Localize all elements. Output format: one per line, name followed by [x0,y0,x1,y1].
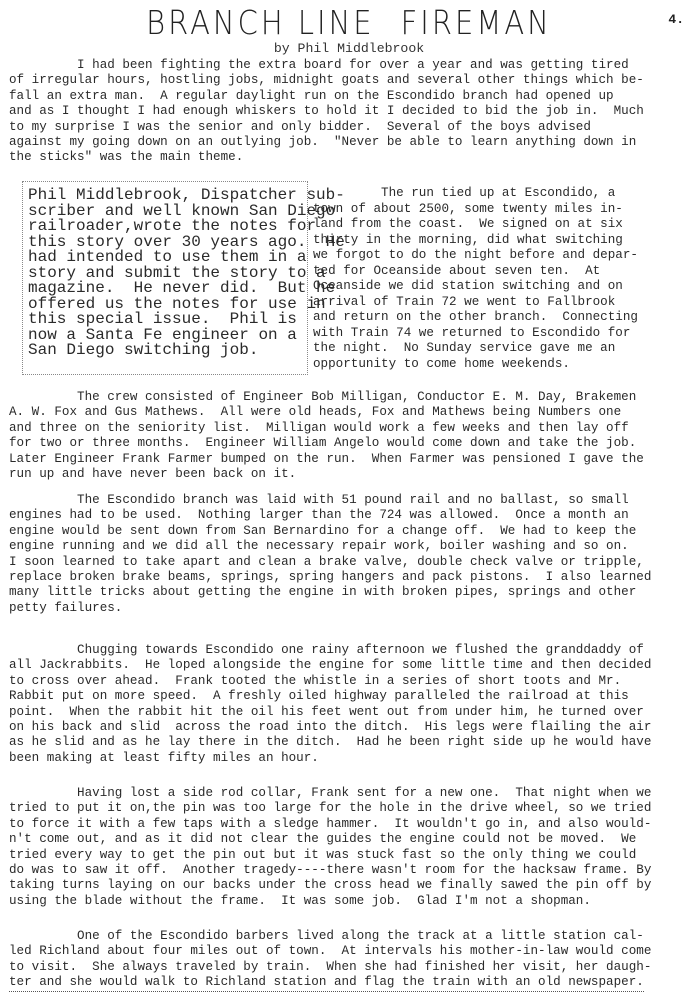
text-line: and return on the other branch. Connecti… [313,310,693,326]
text-line: The Escondido branch was laid with 51 po… [9,493,689,508]
text-line: engines had to be used. Nothing larger t… [9,508,689,523]
text-line: tried every way to get the pin out but i… [9,848,689,863]
text-line: to visit. She always traveled by train. … [9,960,689,975]
text-line: had intended to use them in a [28,248,307,264]
text-line: do was to saw it off. Another tragedy---… [9,863,689,878]
text-line: we forgot to do the night before and dep… [313,248,693,264]
text-line: town of about 2500, some twenty miles in… [313,202,693,218]
text-line: to force it with a few taps with a sledg… [9,817,689,832]
text-line: ter and she would walk to Richland stati… [9,975,689,990]
jackrabbit-paragraph: Chugging towards Escondido one rainy aft… [9,643,689,766]
text-line: n't come out, and as it did not clear th… [9,832,689,847]
text-line: Chugging towards Escondido one rainy aft… [9,643,689,658]
text-line: One of the Escondido barbers lived along… [9,929,689,944]
text-line: fall an extra man. A regular daylight ru… [9,89,689,104]
text-line: Oceanside we did station switching and o… [313,279,693,295]
text-line: land from the coast. We signed on at six [313,217,693,233]
intro-paragraph: I had been fighting the extra board for … [9,58,689,166]
text-line: offered us the notes for use in [28,295,307,311]
text-line: this special issue. Phil is [28,310,307,326]
text-line: the sticks" was the main theme. [9,150,689,165]
text-line: taking turns laying on our backs under t… [9,878,689,893]
text-line: with Train 74 we returned to Escondido f… [313,326,693,342]
text-line: and as I thought I had enough whiskers t… [9,104,689,119]
text-line: Rabbit put on more speed. A freshly oile… [9,689,689,704]
text-line: story and submit the story to a [28,264,307,280]
text-line: opportunity to come home weekends. [313,357,693,373]
text-line: I soon learned to take apart and clean a… [9,555,689,570]
text-line: the night. No Sunday service gave me an [313,341,693,357]
title-part-1: BRANCH LINE [146,4,375,42]
richland-paragraph: One of the Escondido barbers lived along… [9,929,689,991]
text-line: against my going down on an outlying job… [9,135,689,150]
text-line: as he slid and as he lay there in the di… [9,735,689,750]
text-line: magazine. He never did. But he [28,279,307,295]
text-line: of irregular hours, hostling jobs, midni… [9,73,689,88]
text-line: petty failures. [9,601,689,616]
text-line: thirty in the morning, did what switchin… [313,233,693,249]
text-line: point. When the rabbit hit the oil his f… [9,705,689,720]
text-line: to my surprise I was the senior and only… [9,120,689,135]
text-line: ted for Oceanside about seven ten. At [313,264,693,280]
text-line: many little tricks about getting the eng… [9,585,689,600]
text-line: The crew consisted of Engineer Bob Milli… [9,390,689,405]
text-line: A. W. Fox and Gus Mathews. All were old … [9,405,689,420]
text-line: I had been fighting the extra board for … [9,58,689,73]
article-title: BRANCH LINEFIREMAN [0,4,698,42]
text-line: for two or three months. Engineer Willia… [9,436,689,451]
text-line: led Richland about four miles out of tow… [9,944,689,959]
text-line: Having lost a side rod collar, Frank sen… [9,786,689,801]
text-line: engine running and we did all the necess… [9,539,689,554]
text-line: been making at least fifty miles an hour… [9,751,689,766]
text-line: engine would be sent down from San Berna… [9,524,689,539]
text-line: all Jackrabbits. He loped alongside the … [9,658,689,673]
text-line: on his back and slid across the road int… [9,720,689,735]
text-line: The run tied up at Escondido, a [313,186,693,202]
text-line: and three on the seniority list. Milliga… [9,421,689,436]
text-line: tried to put it on,the pin was too large… [9,801,689,816]
text-line: scriber and well known San Diego [28,202,307,218]
text-line: to cross over ahead. Frank tooted the wh… [9,674,689,689]
text-line: arrival of Train 72 we went to Fallbrook [313,295,693,311]
branch-paragraph: The Escondido branch was laid with 51 po… [9,493,689,616]
text-line: run up and have never been back on it. [9,467,689,482]
crew-paragraph: The crew consisted of Engineer Bob Milli… [9,390,689,482]
text-line: Later Engineer Frank Farmer bumped on th… [9,452,689,467]
text-line: this story over 30 years ago. He [28,233,307,249]
page-number: 4. [668,12,684,27]
document-page: BRANCH LINEFIREMAN 4. by Phil Middlebroo… [0,0,698,1000]
text-line: railroader,wrote the notes for [28,217,307,233]
right-column-paragraph: The run tied up at Escondido, atown of a… [313,186,693,372]
editor-note-box: Phil Middlebrook, Dispatcher sub-scriber… [22,181,308,375]
side-rod-paragraph: Having lost a side rod collar, Frank sen… [9,786,689,909]
text-line: using the blade without the frame. It wa… [9,894,689,909]
byline: by Phil Middlebrook [0,41,698,56]
text-line: replace broken brake beams, springs, spr… [9,570,689,585]
text-line: now a Santa Fe engineer on a [28,326,307,342]
text-line: Phil Middlebrook, Dispatcher sub- [28,186,307,202]
title-part-2: FIREMAN [401,4,552,42]
